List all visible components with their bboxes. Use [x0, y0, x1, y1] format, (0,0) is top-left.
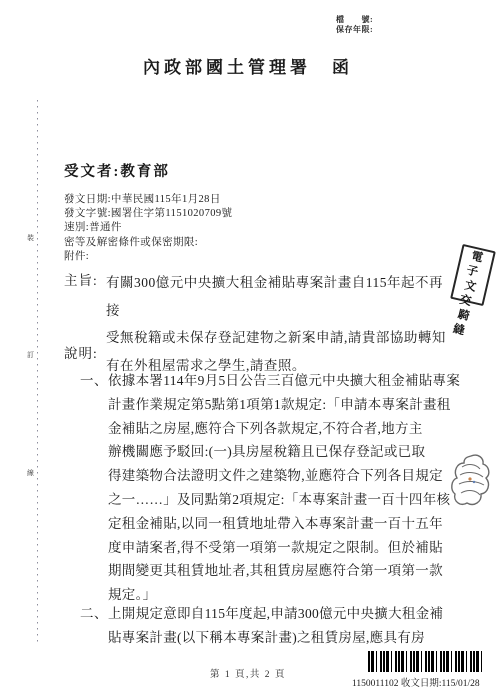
file-number-label: 檔 號: [336, 15, 373, 24]
item-1-number: 一、 [80, 369, 108, 389]
item-2-text: 上開規定意即自115年度起,申請300億元中央擴大租金補 貼專案計畫(以下稱本專… [108, 602, 464, 650]
document-meta-lines: 發文日期:中華民國115年1月28日 發文字號:國署住字第1151020709號… [64, 193, 232, 264]
binding-mark-ding: 訂 [27, 351, 34, 359]
item-1-text: 依據本署114年9月5日公告三百億元中央擴大租金補貼專案 計畫作業規定第5點第1… [108, 369, 464, 607]
file-number-block: 檔 號: 保存年限: [336, 15, 373, 34]
binding-mark-zhuang: 裝 [27, 234, 34, 242]
barcode-number-line: 1150011102 收文日期:115/01/28 [352, 675, 486, 689]
seal-mark-icon [449, 451, 493, 511]
description-label: 說明: [64, 342, 98, 362]
recipient-line: 受文者:教育部 [64, 160, 170, 181]
barcode [368, 651, 482, 672]
stamp-row: 騎縫 [444, 306, 480, 342]
subject-text: 有關300億元中央擴大租金補貼專案計畫自115年起不再接 受無稅籍或未保存登記建… [106, 269, 454, 379]
retention-period-label: 保存年限: [336, 25, 373, 34]
official-letter-page: 檔 號: 保存年限: 內政部國土管理署 函 裝 訂 線 受文者:教育部 發文日期… [0, 0, 496, 700]
binding-mark-xian: 線 [27, 469, 34, 477]
subject-label: 主旨: [64, 269, 98, 289]
page-title: 內政部國土管理署 函 [0, 53, 496, 78]
item-2-number: 二、 [80, 602, 108, 622]
electronic-exchange-stamp: 電子 文交 騎縫 [450, 244, 496, 306]
binding-dotted-line [37, 100, 38, 646]
